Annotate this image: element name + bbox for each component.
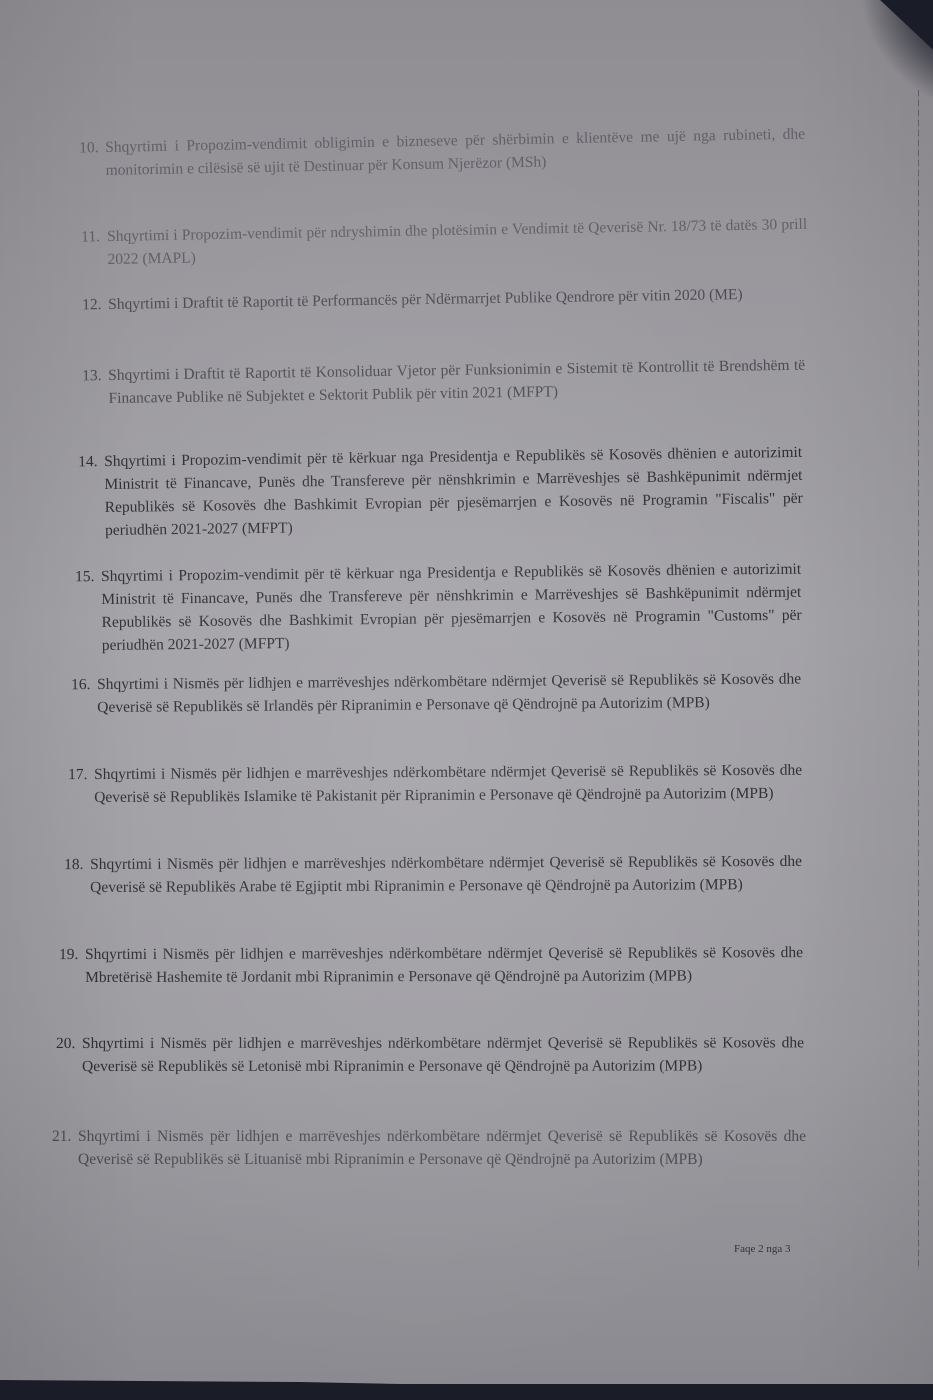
item-number: 11. [81, 225, 100, 248]
agenda-item-10: 10. Shqyrtimi i Propozim-vendimit obligi… [105, 123, 806, 182]
page-number: Faqe 2 nga 3 [734, 1243, 791, 1255]
item-number: 15. [75, 565, 95, 588]
agenda-item-11: 11. Shqyrtimi i Propozim-vendimit për nd… [107, 213, 808, 271]
document-page: 10. Shqyrtimi i Propozim-vendimit obligi… [0, 0, 933, 1384]
item-text: Shqyrtimi i Propozim-vendimit për të kër… [104, 444, 803, 539]
item-number: 17. [68, 763, 88, 786]
item-text: Shqyrtimi i Draftit të Raportit të Perfo… [108, 286, 743, 313]
item-text: Shqyrtimi i Propozim-vendimit obligimin … [105, 126, 805, 179]
agenda-item-16: 16. Shqyrtimi i Nismës për lidhjen e mar… [97, 667, 801, 719]
item-text: Shqyrtimi i Nismës për lidhjen e marrëve… [78, 1128, 806, 1168]
item-text: Shqyrtimi i Propozim-vendimit për të kër… [101, 561, 802, 654]
item-number: 19. [59, 943, 78, 966]
agenda-item-21: 21. Shqyrtimi i Nismës për lidhjen e mar… [78, 1125, 806, 1171]
agenda-item-15: 15. Shqyrtimi i Propozim-vendimit për të… [101, 558, 802, 657]
agenda-item-14: 14. Shqyrtimi i Propozim-vendimit për të… [104, 441, 803, 542]
item-text: Shqyrtimi i Nismës për lidhjen e marrëve… [94, 762, 802, 806]
item-text: Shqyrtimi i Nismës për lidhjen e marrëve… [90, 853, 802, 896]
agenda-list: 10. Shqyrtimi i Propozim-vendimit obligi… [0, 0, 933, 1384]
item-text: Shqyrtimi i Draftit të Raportit të Konso… [108, 357, 805, 407]
agenda-item-17: 17. Shqyrtimi i Nismës për lidhjen e mar… [94, 759, 802, 809]
item-text: Shqyrtimi i Nismës për lidhjen e marrëve… [97, 670, 801, 716]
item-number: 12. [82, 293, 102, 316]
item-text: Shqyrtimi i Propozim-vendimit për ndrysh… [107, 216, 807, 268]
item-number: 10. [79, 136, 99, 159]
photo-scene: 10. Shqyrtimi i Propozim-vendimit obligi… [0, 0, 933, 1400]
item-number: 20. [56, 1032, 75, 1055]
agenda-item-19: 19. Shqyrtimi i Nismës për lidhjen e mar… [85, 941, 803, 989]
item-number: 16. [71, 673, 91, 696]
item-text: Shqyrtimi i Nismës për lidhjen e marrëve… [82, 1034, 804, 1075]
agenda-item-13: 13. Shqyrtimi i Draftit të Raportit të K… [108, 354, 806, 410]
agenda-item-18: 18. Shqyrtimi i Nismës për lidhjen e mar… [90, 850, 802, 899]
item-number: 18. [64, 853, 83, 876]
item-number: 13. [82, 364, 102, 387]
item-number: 21. [52, 1125, 71, 1148]
item-text: Shqyrtimi i Nismës për lidhjen e marrëve… [85, 944, 803, 986]
item-number: 14. [78, 450, 98, 473]
agenda-item-20: 20. Shqyrtimi i Nismës për lidhjen e mar… [82, 1031, 804, 1078]
agenda-item-12: 12. Shqyrtimi i Draftit të Raportit të P… [108, 282, 806, 316]
